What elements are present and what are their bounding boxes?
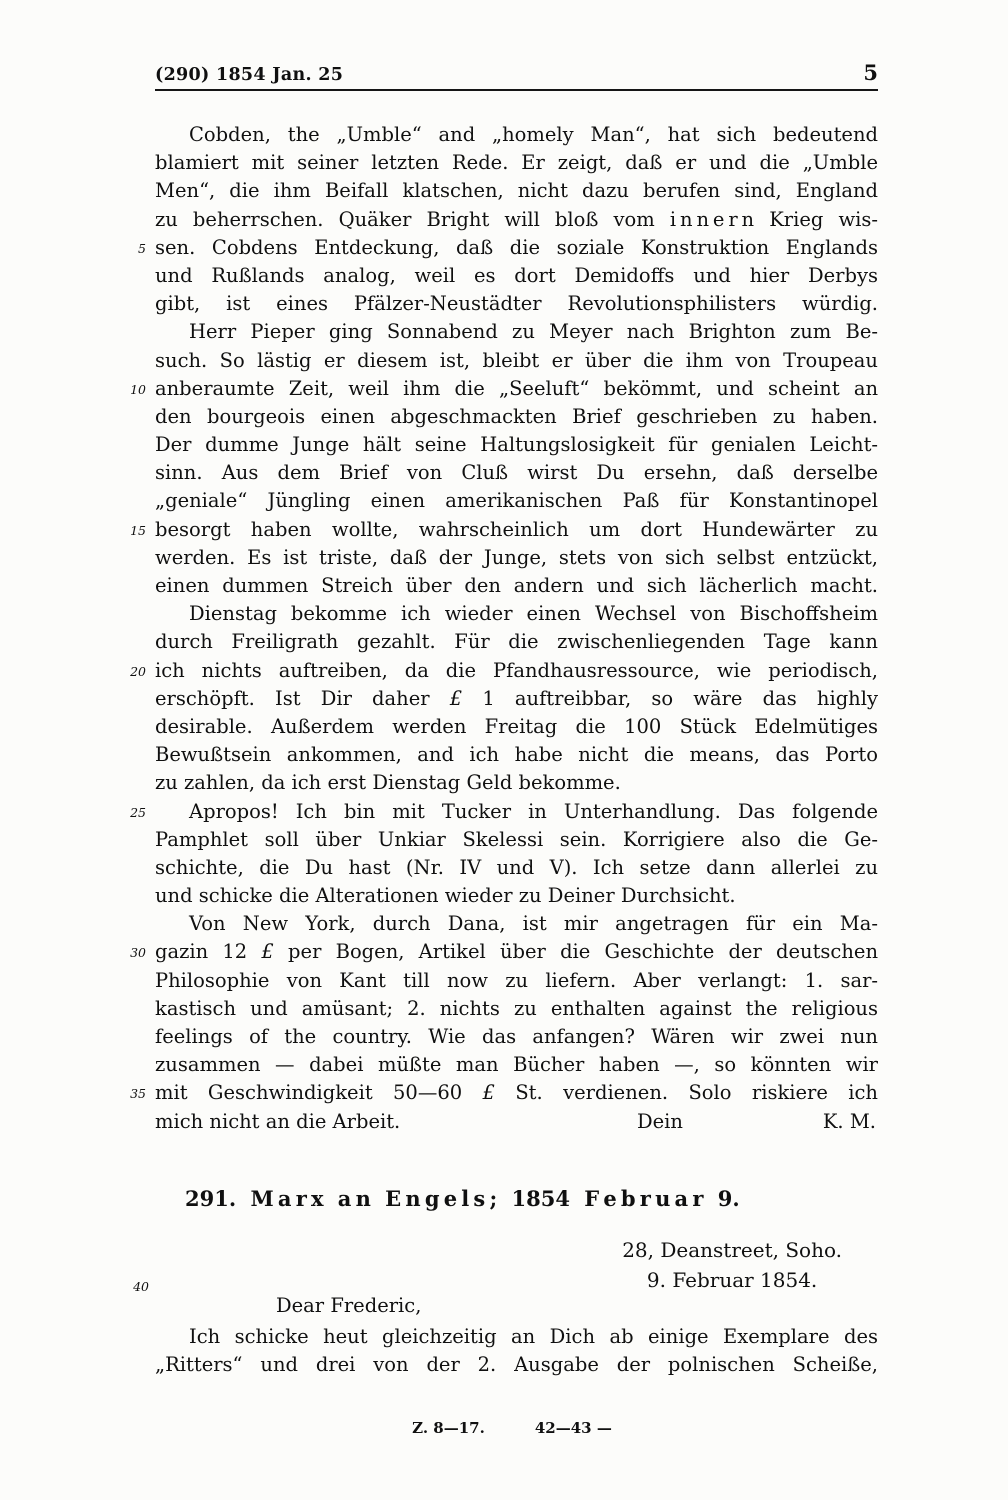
text-line: „Ritters“ und drei von der 2. Ausgabe de… bbox=[155, 1351, 878, 1379]
text-line: einen dummen Streich über den andern und… bbox=[155, 572, 878, 600]
letter-290-signature: Dein K. M. bbox=[155, 1108, 878, 1136]
line-text: „Ritters“ und drei von der 2. Ausgabe de… bbox=[155, 1353, 878, 1376]
line-number: 25 bbox=[130, 799, 146, 827]
text-line: 15besorgt haben wollte, wahrscheinlich u… bbox=[155, 516, 878, 544]
line-text: Bewußtsein ankommen, and ich habe nicht … bbox=[155, 743, 878, 766]
footer-right: 42—43 — bbox=[535, 1419, 612, 1437]
signature-initials: K. M. bbox=[823, 1108, 876, 1136]
salutation: Dear Frederic, bbox=[276, 1292, 421, 1320]
line-text: Herr Pieper ging Sonnabend zu Meyer nach… bbox=[189, 320, 878, 343]
line-text: Der dumme Junge hält seine Haltungslosig… bbox=[155, 433, 878, 456]
line-text: Apropos! Ich bin mit Tucker in Unterhand… bbox=[189, 800, 878, 823]
text-line: und schicke die Alterationen wieder zu D… bbox=[155, 882, 878, 910]
text-line: sinn. Aus dem Brief von Cluß wirst Du er… bbox=[155, 459, 878, 487]
text-line: und Rußlands analog, weil es dort Demido… bbox=[155, 262, 878, 290]
line-text: ich nichts auftreiben, da die Pfandhausr… bbox=[155, 659, 878, 682]
line-number: 15 bbox=[130, 517, 146, 545]
text-line: 35mit Geschwindigkeit 50—60 £ St. verdie… bbox=[155, 1079, 878, 1107]
line-text: mit Geschwindigkeit 50—60 £ St. verdiene… bbox=[155, 1081, 878, 1104]
line-text: und Rußlands analog, weil es dort Demido… bbox=[155, 264, 878, 287]
line-number: 30 bbox=[130, 939, 146, 967]
line-text: zu beherrschen. Quäker Bright will bloß … bbox=[155, 208, 878, 231]
line-text: anberaumte Zeit, weil ihm die „Seeluft“ … bbox=[155, 377, 878, 400]
date-line: 9. Februar 1854. bbox=[622, 1266, 842, 1296]
text-line: schichte, die Du hast (Nr. IV und V). Ic… bbox=[155, 854, 878, 882]
line-text: blamiert mit seiner letzten Rede. Er zei… bbox=[155, 151, 878, 174]
line-text: werden. Es ist triste, daß der Junge, st… bbox=[155, 546, 878, 569]
line-text: Cobden, the „Umble“ and „homely Man“, ha… bbox=[189, 123, 878, 146]
text-line: Philosophie von Kant till now zu liefern… bbox=[155, 967, 878, 995]
text-line: Dienstag bekomme ich wieder einen Wechse… bbox=[155, 600, 878, 628]
text-line: zu beherrschen. Quäker Bright will bloß … bbox=[155, 206, 878, 234]
line-text: besorgt haben wollte, wahrscheinlich um … bbox=[155, 518, 878, 541]
line-text: zusammen — dabei müßte man Bücher haben … bbox=[155, 1053, 878, 1076]
line-text: sinn. Aus dem Brief von Cluß wirst Du er… bbox=[155, 461, 878, 484]
line-text: such. So lästig er diesem ist, bleibt er… bbox=[155, 349, 878, 372]
text-line: 5sen. Cobdens Entdeckung, daß die sozial… bbox=[155, 234, 878, 262]
text-line: 25Apropos! Ich bin mit Tucker in Unterha… bbox=[155, 798, 878, 826]
line-text: gazin 12 £ per Bogen, Artikel über die G… bbox=[155, 940, 878, 963]
header-citation: (290) 1854 Jan. 25 bbox=[155, 65, 343, 85]
line-text: desirable. Außerdem werden Freitag die 1… bbox=[155, 715, 878, 738]
text-line: zusammen — dabei müßte man Bücher haben … bbox=[155, 1051, 878, 1079]
header-rule bbox=[155, 89, 878, 91]
signature-valediction: Dein bbox=[637, 1108, 683, 1136]
text-line: Ich schicke heut gleichzeitig an Dich ab… bbox=[155, 1323, 878, 1351]
text-line: kastisch und amüsant; 2. nichts zu entha… bbox=[155, 995, 878, 1023]
letter-290-body: Cobden, the „Umble“ and „homely Man“, ha… bbox=[155, 121, 878, 1136]
text-line: „geniale“ Jüngling einen amerikanischen … bbox=[155, 487, 878, 515]
line-text: Von New York, durch Dana, ist mir angetr… bbox=[189, 912, 878, 935]
line-text: Dienstag bekomme ich wieder einen Wechse… bbox=[189, 602, 878, 625]
line-text: sen. Cobdens Entdeckung, daß die soziale… bbox=[155, 236, 878, 259]
address-block: 28, Deanstreet, Soho. 9. Februar 1854. bbox=[622, 1236, 842, 1295]
book-page: (290) 1854 Jan. 25 5 Cobden, the „Umble“… bbox=[0, 0, 1008, 1500]
line-text: zu zahlen, da ich erst Dienstag Geld bek… bbox=[155, 771, 621, 794]
text-line: Von New York, durch Dana, ist mir angetr… bbox=[155, 910, 878, 938]
line-text: erschöpft. Ist Dir daher £ 1 auftreibbar… bbox=[155, 687, 878, 710]
letter-291-body: Ich schicke heut gleichzeitig an Dich ab… bbox=[155, 1323, 878, 1379]
line-number: 40 bbox=[129, 1272, 149, 1301]
page-number: 5 bbox=[863, 60, 878, 85]
line-text: feelings of the country. Wie das anfange… bbox=[155, 1025, 878, 1048]
text-line: werden. Es ist triste, daß der Junge, st… bbox=[155, 544, 878, 572]
line-text: Philosophie von Kant till now zu liefern… bbox=[155, 969, 878, 992]
line-text: durch Freiligrath gezahlt. Für die zwisc… bbox=[155, 630, 878, 653]
line-number: 20 bbox=[130, 658, 146, 686]
running-head: (290) 1854 Jan. 25 5 bbox=[155, 60, 878, 85]
text-line: Cobden, the „Umble“ and „homely Man“, ha… bbox=[155, 121, 878, 149]
text-line: 20ich nichts auftreiben, da die Pfandhau… bbox=[155, 657, 878, 685]
text-line: blamiert mit seiner letzten Rede. Er zei… bbox=[155, 149, 878, 177]
text-line: Men“, die ihm Beifall klatschen, nicht d… bbox=[155, 177, 878, 205]
line-number: 10 bbox=[130, 376, 146, 404]
line-text: gibt, ist eines Pfälzer-Neustädter Revol… bbox=[155, 292, 878, 315]
letter-291-section: 291. M a r x a n E n g e l s ; 1854 F e … bbox=[155, 1186, 878, 1416]
text-line: 10anberaumte Zeit, weil ihm die „Seeluft… bbox=[155, 375, 878, 403]
text-line: Herr Pieper ging Sonnabend zu Meyer nach… bbox=[155, 318, 878, 346]
text-line: Pamphlet soll über Unkiar Skelessi sein.… bbox=[155, 826, 878, 854]
text-line: desirable. Außerdem werden Freitag die 1… bbox=[155, 713, 878, 741]
line-text: und schicke die Alterationen wieder zu D… bbox=[155, 884, 736, 907]
line-text: kastisch und amüsant; 2. nichts zu entha… bbox=[155, 997, 878, 1020]
text-line: Der dumme Junge hält seine Haltungslosig… bbox=[155, 431, 878, 459]
address-line: 28, Deanstreet, Soho. bbox=[622, 1236, 842, 1266]
text-line: such. So lästig er diesem ist, bleibt er… bbox=[155, 347, 878, 375]
footer-left: Z. 8—17. bbox=[412, 1419, 485, 1437]
text-line: zu zahlen, da ich erst Dienstag Geld bek… bbox=[155, 769, 878, 797]
text-line: 30gazin 12 £ per Bogen, Artikel über die… bbox=[155, 938, 878, 966]
text-line: Bewußtsein ankommen, and ich habe nicht … bbox=[155, 741, 878, 769]
line-number: 5 bbox=[138, 235, 146, 263]
line-text: den bourgeois einen abgeschmackten Brief… bbox=[155, 405, 878, 428]
apparatus-footer: Z. 8—17. 42—43 — bbox=[8, 1419, 1008, 1437]
line-text: einen dummen Streich über den andern und… bbox=[155, 574, 878, 597]
line-text: Pamphlet soll über Unkiar Skelessi sein.… bbox=[155, 828, 878, 851]
text-line: erschöpft. Ist Dir daher £ 1 auftreibbar… bbox=[155, 685, 878, 713]
text-line: feelings of the country. Wie das anfange… bbox=[155, 1023, 878, 1051]
line-text: Ich schicke heut gleichzeitig an Dich ab… bbox=[189, 1325, 878, 1348]
text-line: durch Freiligrath gezahlt. Für die zwisc… bbox=[155, 628, 878, 656]
letter-heading: 291. M a r x a n E n g e l s ; 1854 F e … bbox=[185, 1186, 878, 1212]
line-text: Men“, die ihm Beifall klatschen, nicht d… bbox=[155, 179, 878, 202]
text-line: gibt, ist eines Pfälzer-Neustädter Revol… bbox=[155, 290, 878, 318]
line-number: 35 bbox=[130, 1080, 146, 1108]
text-line: den bourgeois einen abgeschmackten Brief… bbox=[155, 403, 878, 431]
line-text: „geniale“ Jüngling einen amerikanischen … bbox=[155, 489, 878, 512]
line-text: schichte, die Du hast (Nr. IV und V). Ic… bbox=[155, 856, 878, 879]
